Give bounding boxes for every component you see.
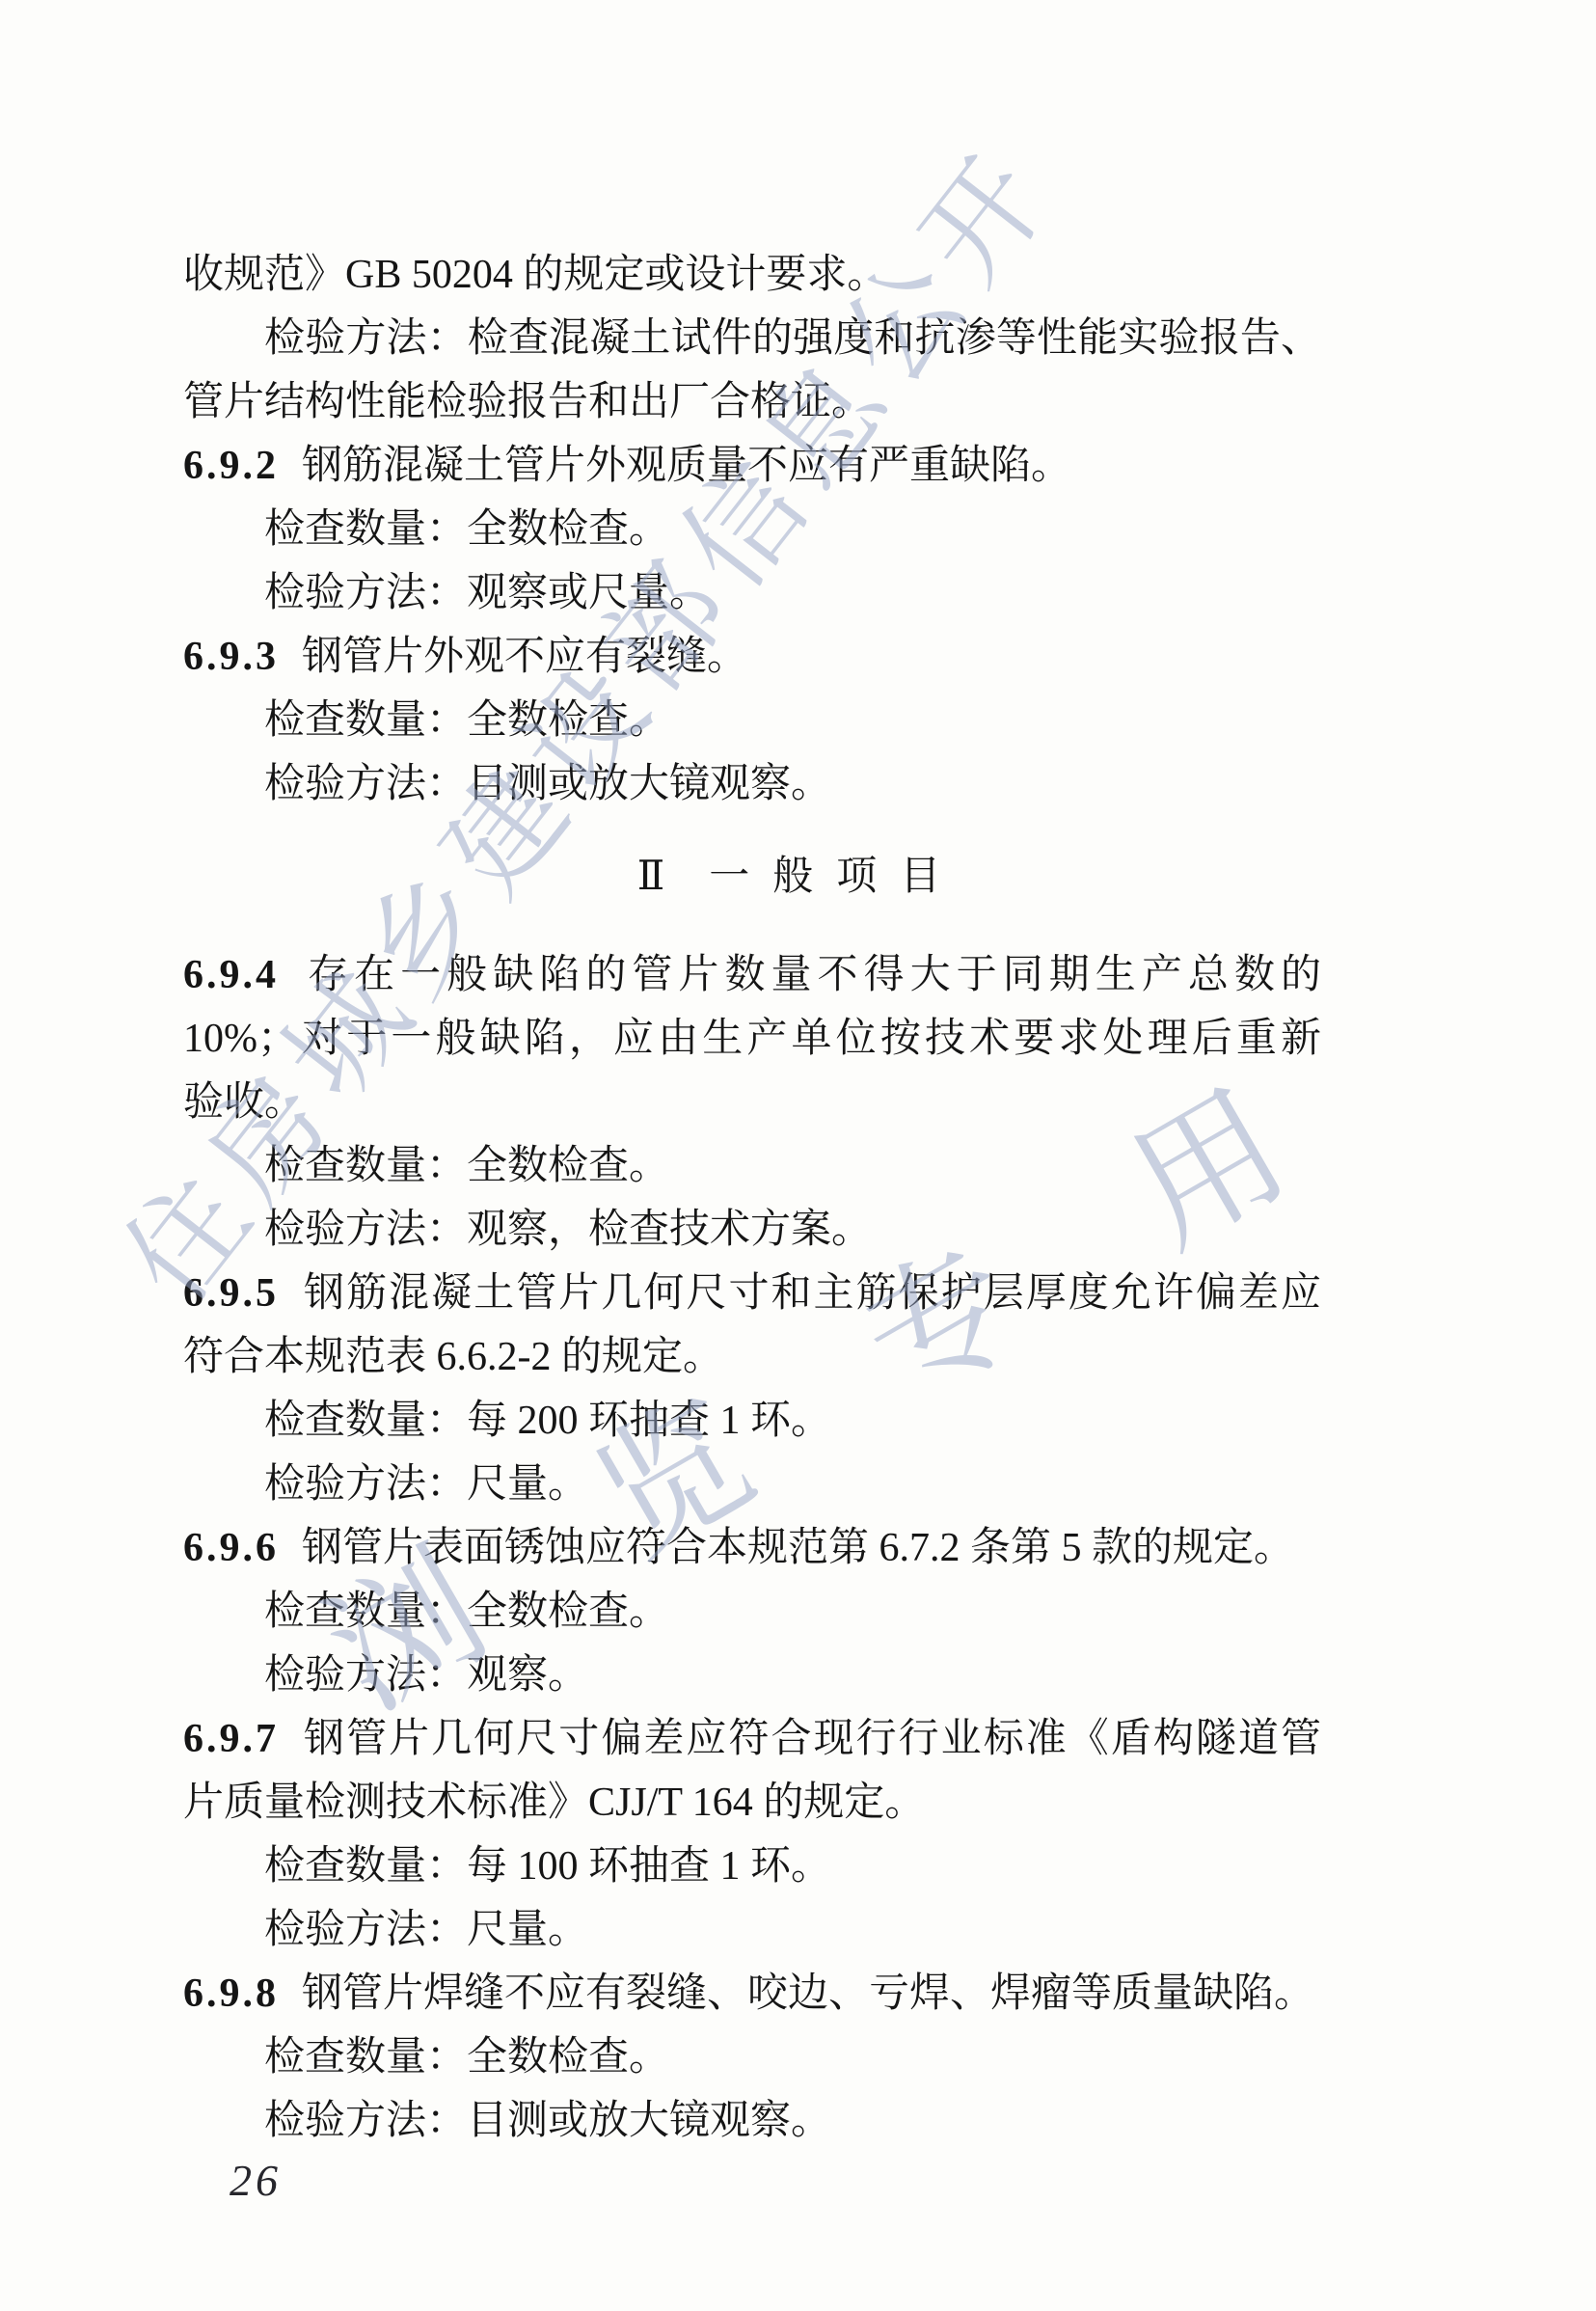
line-text: 检查数量：每 200 环抽查 1 环。: [264, 1399, 831, 1443]
line-text: 钢管片几何尺寸偏差应符合现行行业标准《盾构隧道管: [302, 1717, 1321, 1761]
page-number: 26: [230, 2155, 282, 2206]
line-text: 检验方法：目测或放大镜观察。: [264, 2099, 831, 2143]
line-text: 钢管片焊缝不应有裂缝、咬边、亏焊、焊瘤等质量缺陷。: [302, 1971, 1314, 2016]
line-text: 检验方法：观察，检查技术方案。: [264, 1208, 872, 1252]
line-text: 存在一般缺陷的管片数量不得大于同期生产总数的: [302, 953, 1321, 997]
line-text: 检验方法：观察。: [264, 1653, 588, 1698]
line-text: 验收。: [183, 1080, 305, 1125]
line-text: 检验方法：观察或尺量。: [264, 571, 710, 615]
line-text: 钢筋混凝土管片几何尺寸和主筋保护层厚度允许偏差应: [302, 1271, 1321, 1316]
line-text: 钢管片表面锈蚀应符合本规范第 6.7.2 条第 5 款的规定。: [302, 1526, 1294, 1570]
clause-number: 6.9.4: [183, 953, 279, 997]
line-text: 10%；对于一般缺陷，应由生产单位按技术要求处理后重新: [183, 1017, 1321, 1061]
clause-line: 6.9.8钢管片焊缝不应有裂缝、咬边、亏焊、焊瘤等质量缺陷。: [183, 1962, 1321, 2026]
text-line: 片质量检测技术标准》CJJ/T 164 的规定。: [183, 1771, 1321, 1835]
line-text: 检查数量：全数检查。: [264, 2035, 669, 2080]
clause-number: 6.9.3: [183, 635, 279, 679]
clause-line: 6.9.5钢筋混凝土管片几何尺寸和主筋保护层厚度允许偏差应: [183, 1262, 1321, 1325]
clause-number: 6.9.7: [183, 1717, 279, 1761]
text-line: 检验方法：观察，检查技术方案。: [183, 1198, 1321, 1262]
text-line: 检验方法：目测或放大镜观察。: [183, 2089, 1321, 2153]
text-line: 检查数量：全数检查。: [183, 1134, 1321, 1198]
heading-numeral: Ⅱ: [637, 855, 665, 899]
text-line: 检验方法：尺量。: [183, 1898, 1321, 1962]
text-line: 检验方法：检查混凝土试件的强度和抗渗等性能实验报告、: [183, 307, 1321, 370]
text-line: 符合本规范表 6.6.2-2 的规定。: [183, 1325, 1321, 1389]
section-heading: Ⅱ一般项目: [183, 845, 1321, 909]
heading-label: 一般项目: [709, 855, 963, 899]
clause-line: 6.9.2钢筋混凝土管片外观质量不应有严重缺陷。: [183, 434, 1321, 498]
clause-number: 6.9.5: [183, 1271, 279, 1316]
line-text: 检验方法：目测或放大镜观察。: [264, 762, 831, 806]
clause-line: 6.9.4存在一般缺陷的管片数量不得大于同期生产总数的: [183, 943, 1321, 1007]
line-text: 收规范》GB 50204 的规定或设计要求。: [183, 253, 887, 297]
text-line: 检查数量：全数检查。: [183, 689, 1321, 752]
text-line: 检验方法：观察或尺量。: [183, 561, 1321, 625]
document-page: 住房城乡建设部信息公开 浏览专用 收规范》GB 50204 的规定或设计要求。检…: [0, 0, 1596, 2311]
text-line: 检查数量：每 200 环抽查 1 环。: [183, 1389, 1321, 1453]
line-text: 检验方法：尺量。: [264, 1462, 588, 1507]
line-text: 钢管片外观不应有裂缝。: [302, 635, 747, 679]
text-line: 检查数量：全数检查。: [183, 498, 1321, 561]
clause-line: 6.9.3钢管片外观不应有裂缝。: [183, 625, 1321, 689]
line-text: 检查数量：全数检查。: [264, 1590, 669, 1634]
clause-number: 6.9.2: [183, 444, 279, 488]
text-column: 收规范》GB 50204 的规定或设计要求。检验方法：检查混凝土试件的强度和抗渗…: [183, 243, 1321, 2153]
clause-line: 6.9.7钢管片几何尺寸偏差应符合现行行业标准《盾构隧道管: [183, 1707, 1321, 1771]
line-text: 符合本规范表 6.6.2-2 的规定。: [183, 1335, 723, 1379]
clause-line: 6.9.6钢管片表面锈蚀应符合本规范第 6.7.2 条第 5 款的规定。: [183, 1516, 1321, 1580]
clause-number: 6.9.8: [183, 1971, 279, 2016]
line-text: 检查数量：全数检查。: [264, 1144, 669, 1188]
text-line: 检查数量：全数检查。: [183, 1580, 1321, 1644]
text-line: 检验方法：尺量。: [183, 1453, 1321, 1516]
clause-number: 6.9.6: [183, 1526, 279, 1570]
text-line: 检验方法：观察。: [183, 1644, 1321, 1707]
text-line: 检验方法：目测或放大镜观察。: [183, 752, 1321, 816]
line-text: 检验方法：检查混凝土试件的强度和抗渗等性能实验报告、: [264, 316, 1321, 361]
text-line: 管片结构性能检验报告和出厂合格证。: [183, 370, 1321, 434]
text-line: 收规范》GB 50204 的规定或设计要求。: [183, 243, 1321, 307]
line-text: 管片结构性能检验报告和出厂合格证。: [183, 380, 872, 424]
line-text: 片质量检测技术标准》CJJ/T 164 的规定。: [183, 1781, 925, 1825]
text-line: 10%；对于一般缺陷，应由生产单位按技术要求处理后重新: [183, 1007, 1321, 1071]
line-text: 检查数量：全数检查。: [264, 507, 669, 552]
text-line: 检查数量：每 100 环抽查 1 环。: [183, 1835, 1321, 1898]
line-text: 检查数量：全数检查。: [264, 698, 669, 743]
line-text: 检查数量：每 100 环抽查 1 环。: [264, 1844, 831, 1889]
text-line: 检查数量：全数检查。: [183, 2026, 1321, 2089]
text-line: 验收。: [183, 1071, 1321, 1134]
line-text: 钢筋混凝土管片外观质量不应有严重缺陷。: [302, 444, 1071, 488]
line-text: 检验方法：尺量。: [264, 1908, 588, 1952]
